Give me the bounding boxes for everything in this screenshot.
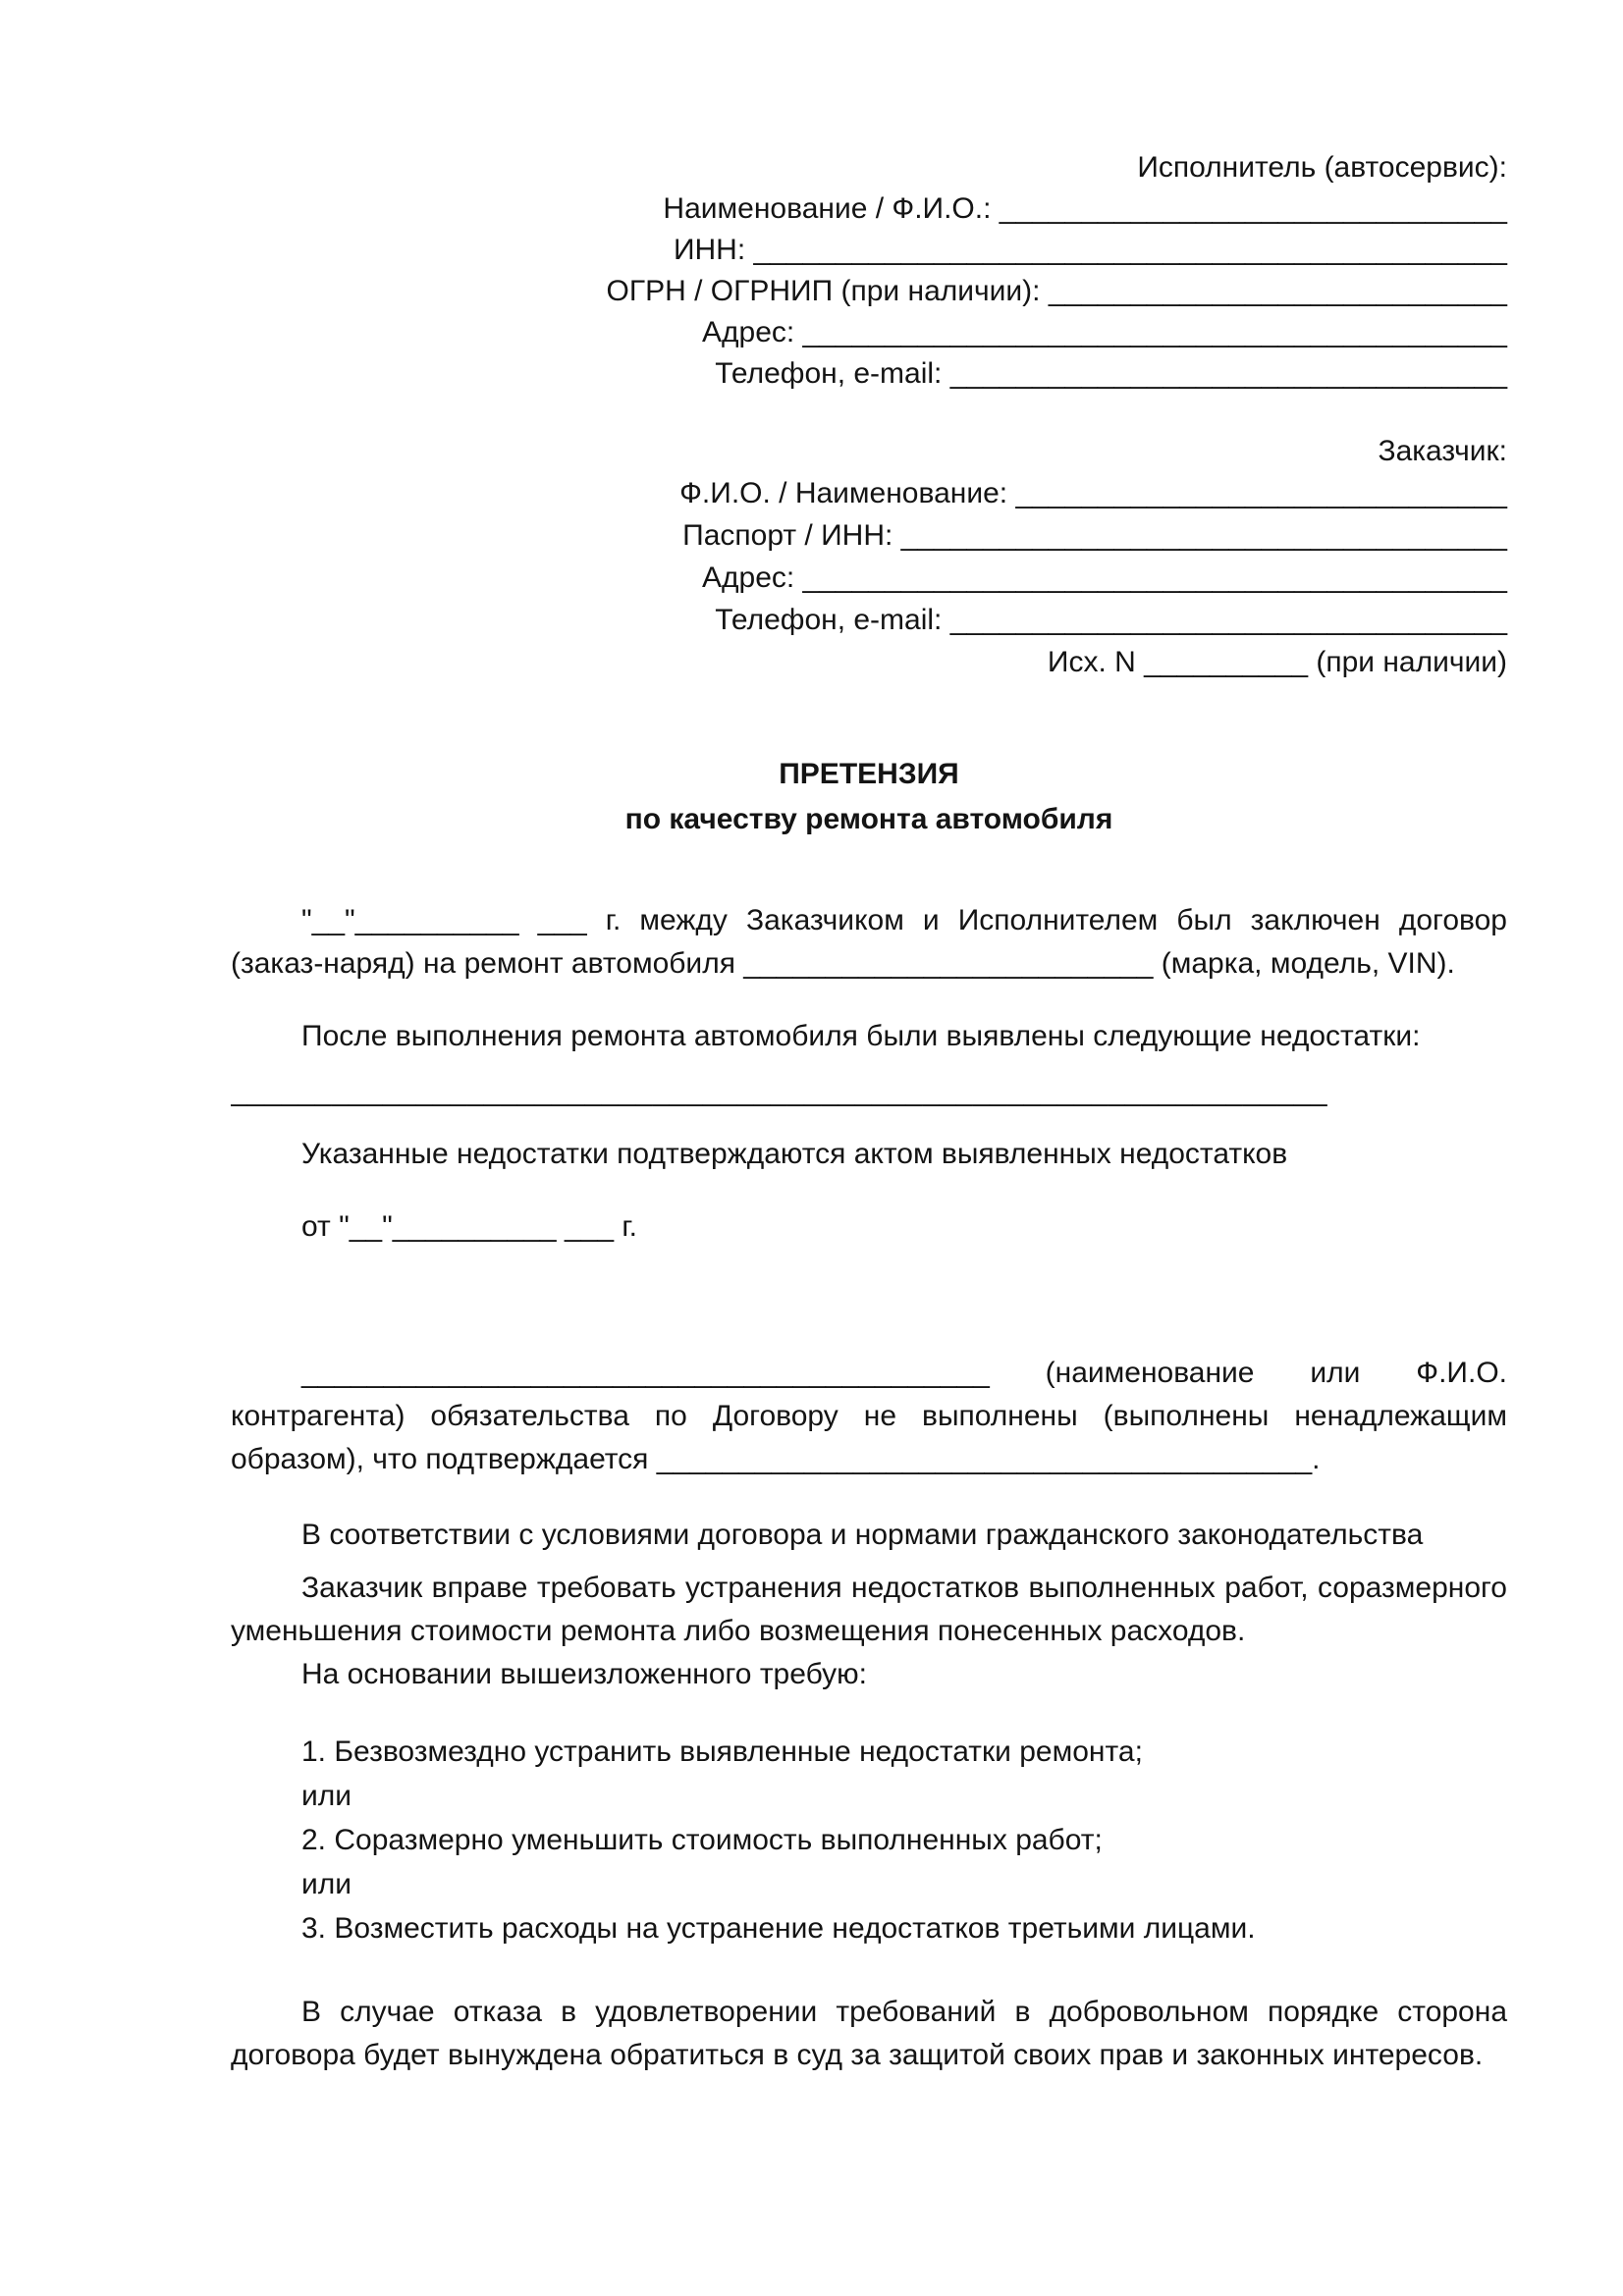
demand-item-1: 1. Безвозмездно устранить выявленные нед…: [231, 1730, 1507, 1774]
document-title-main: ПРЕТЕНЗИЯ: [231, 752, 1507, 797]
customer-address-line: Адрес: _________________________________…: [231, 557, 1507, 599]
paragraph-customer-rights: Заказчик вправе требовать устранения нед…: [231, 1567, 1507, 1653]
blank-fill-line-defects: ________________________________________…: [231, 1070, 1507, 1113]
outgoing-ref-number-line: Исх. N __________ (при наличии): [231, 641, 1507, 683]
paragraph-law-reference: В соответствии с условиями договора и но…: [231, 1514, 1507, 1557]
executor-details-block: Исполнитель (автосервис): Наименование /…: [231, 0, 1507, 395]
customer-passport-inn-line: Паспорт / ИНН: _________________________…: [231, 514, 1507, 557]
demand-or-separator-1: или: [231, 1774, 1507, 1818]
executor-ogrn-line: ОГРН / ОГРНИП (при наличии): ___________…: [231, 271, 1507, 312]
executor-phone-email-line: Телефон, e-mail: _______________________…: [231, 353, 1507, 395]
document-title-subtitle: по качеству ремонта автомобиля: [231, 797, 1507, 842]
document-content: Исполнитель (автосервис): Наименование /…: [231, 0, 1507, 2077]
demand-or-separator-2: или: [231, 1862, 1507, 1906]
demand-item-2: 2. Соразмерно уменьшить стоимость выполн…: [231, 1818, 1507, 1862]
customer-heading: Заказчик:: [231, 430, 1507, 472]
executor-address-line: Адрес: _________________________________…: [231, 312, 1507, 353]
executor-name-line: Наименование / Ф.И.О.: _________________…: [231, 188, 1507, 230]
demand-item-3: 3. Возместить расходы на устранение недо…: [231, 1906, 1507, 1950]
paragraph-demands-intro: На основании вышеизложенного требую:: [231, 1653, 1507, 1696]
paragraph-contract-info: "__"__________ ___ г. между Заказчиком и…: [231, 899, 1507, 986]
executor-heading: Исполнитель (автосервис):: [231, 147, 1507, 188]
document-title-block: ПРЕТЕНЗИЯ по качеству ремонта автомобиля: [231, 752, 1507, 842]
paragraph-act-confirmation: Указанные недостатки подтверждаются акто…: [231, 1133, 1507, 1176]
paragraph-counterparty-obligations: ________________________________________…: [231, 1352, 1507, 1481]
customer-phone-email-line: Телефон, e-mail: _______________________…: [231, 599, 1507, 641]
demands-list: 1. Безвозмездно устранить выявленные нед…: [231, 1730, 1507, 1950]
paragraph-court-warning: В случае отказа в удовлетворении требова…: [231, 1991, 1507, 2077]
paragraph-defects-intro: После выполнения ремонта автомобиля были…: [231, 1015, 1507, 1058]
customer-name-line: Ф.И.О. / Наименование: _________________…: [231, 472, 1507, 514]
document-page: Исполнитель (автосервис): Наименование /…: [0, 0, 1623, 2296]
customer-details-block: Заказчик: Ф.И.О. / Наименование: _______…: [231, 430, 1507, 683]
paragraph-act-date: от "__"__________ ___ г.: [231, 1205, 1507, 1249]
executor-inn-line: ИНН: ___________________________________…: [231, 230, 1507, 271]
